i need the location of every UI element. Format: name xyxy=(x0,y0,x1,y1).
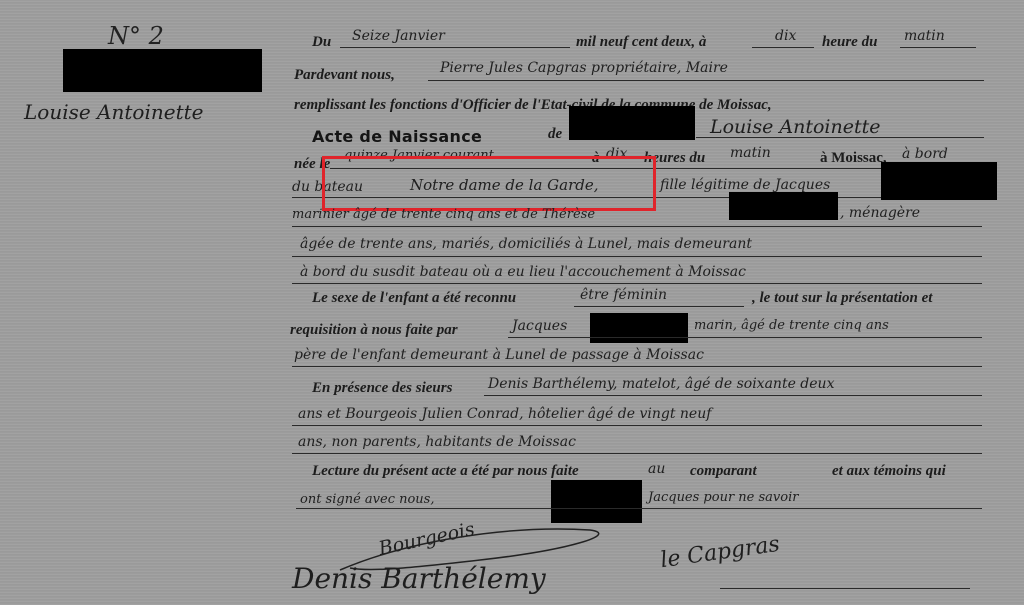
line7-hand-a: marinier âgé de trente cinq ans et de Th… xyxy=(292,207,595,222)
line17-hand-a: ont signé avec nous, xyxy=(300,492,434,507)
signature-denis-barthelemy: Denis Barthélemy xyxy=(292,562,546,595)
line1-hour: dix xyxy=(775,28,796,44)
line9-rule xyxy=(292,283,982,284)
line16-middle: comparant xyxy=(690,463,757,480)
line5-place: à Moissac, xyxy=(820,150,887,167)
line5-period: matin xyxy=(730,145,771,161)
line1-suffix: heure du xyxy=(822,34,877,51)
line11-declarant: Jacques xyxy=(512,318,567,334)
line17-rule xyxy=(296,508,982,509)
line2-officer: Pierre Jules Capgras propriétaire, Maire xyxy=(440,60,728,76)
line12-hand: père de l'enfant demeurant à Lunel de pa… xyxy=(294,347,704,363)
line1-prefix: Du xyxy=(312,34,331,51)
line9-hand: à bord du susdit bateau où a eu lieu l'a… xyxy=(300,264,746,280)
line4-rule xyxy=(696,137,984,138)
line14-rule xyxy=(292,425,982,426)
line1-rule-c xyxy=(900,47,976,48)
line2-prefix: Pardevant nous, xyxy=(294,67,395,84)
line13-witness1: Denis Barthélemy, matelot, âgé de soixan… xyxy=(488,376,834,392)
line13-rule xyxy=(484,395,982,396)
line8-hand: âgée de trente ans, mariés, domiciliés à… xyxy=(300,236,752,252)
line10-rule xyxy=(574,306,744,307)
line7-hand-b: , ménagère xyxy=(840,205,920,221)
record-number: N° 2 xyxy=(108,22,164,50)
line10-suffix: , le tout sur la présentation et xyxy=(752,290,932,307)
line3-text: remplissant les fonctions d'Officier de … xyxy=(294,97,772,114)
line16-prefix: Lecture du présent acte a été par nous f… xyxy=(312,463,579,480)
redaction-box-margin xyxy=(63,49,262,92)
line1-rule-b xyxy=(752,47,814,48)
line1-middle: mil neuf cent deux, à xyxy=(576,34,706,51)
line11-rule xyxy=(508,337,982,338)
line10-sex: être féminin xyxy=(580,287,667,303)
line8-rule xyxy=(292,256,982,257)
line1-day: Seize Janvier xyxy=(352,28,445,44)
line17-hand-b: Jacques pour ne savoir xyxy=(648,490,798,505)
line14-witness2: ans et Bourgeois Julien Conrad, hôtelier… xyxy=(298,406,711,422)
redaction-box-signature-line xyxy=(551,480,642,523)
acte-title: Acte de Naissance xyxy=(312,127,482,146)
line15-rule xyxy=(292,453,982,454)
line13-prefix: En présence des sieurs xyxy=(312,380,452,397)
line12-rule xyxy=(292,366,982,367)
line16-suffix: et aux témoins qui xyxy=(832,463,946,480)
line5-hand-end: à bord xyxy=(902,146,948,162)
line4-de: de xyxy=(548,126,562,143)
redaction-box-mother xyxy=(729,192,838,220)
highlight-box-ship-name xyxy=(322,156,656,211)
line11-prefix: requisition à nous faite par xyxy=(290,322,458,339)
line4-name: Louise Antoinette xyxy=(710,116,881,138)
signature-capgras: le Capgras xyxy=(659,532,781,573)
line6-hand-b: fille légitime de Jacques xyxy=(660,177,830,193)
line1-rule-a xyxy=(340,47,570,48)
line7-rule xyxy=(292,226,982,227)
margin-child-name: Louise Antoinette xyxy=(24,100,203,124)
signature-rule xyxy=(720,588,970,589)
redaction-box-declarant xyxy=(590,313,688,343)
line10-prefix: Le sexe de l'enfant a été reconnu xyxy=(312,290,516,307)
line2-rule xyxy=(428,80,984,81)
redaction-box-surname xyxy=(569,106,695,140)
line1-period: matin xyxy=(904,28,945,44)
line15-hand: ans, non parents, habitants de Moissac xyxy=(298,434,576,450)
line16-au: au xyxy=(648,461,665,477)
line11-hand-b: marin, âgé de trente cinq ans xyxy=(694,318,889,333)
redaction-box-father xyxy=(881,162,997,200)
